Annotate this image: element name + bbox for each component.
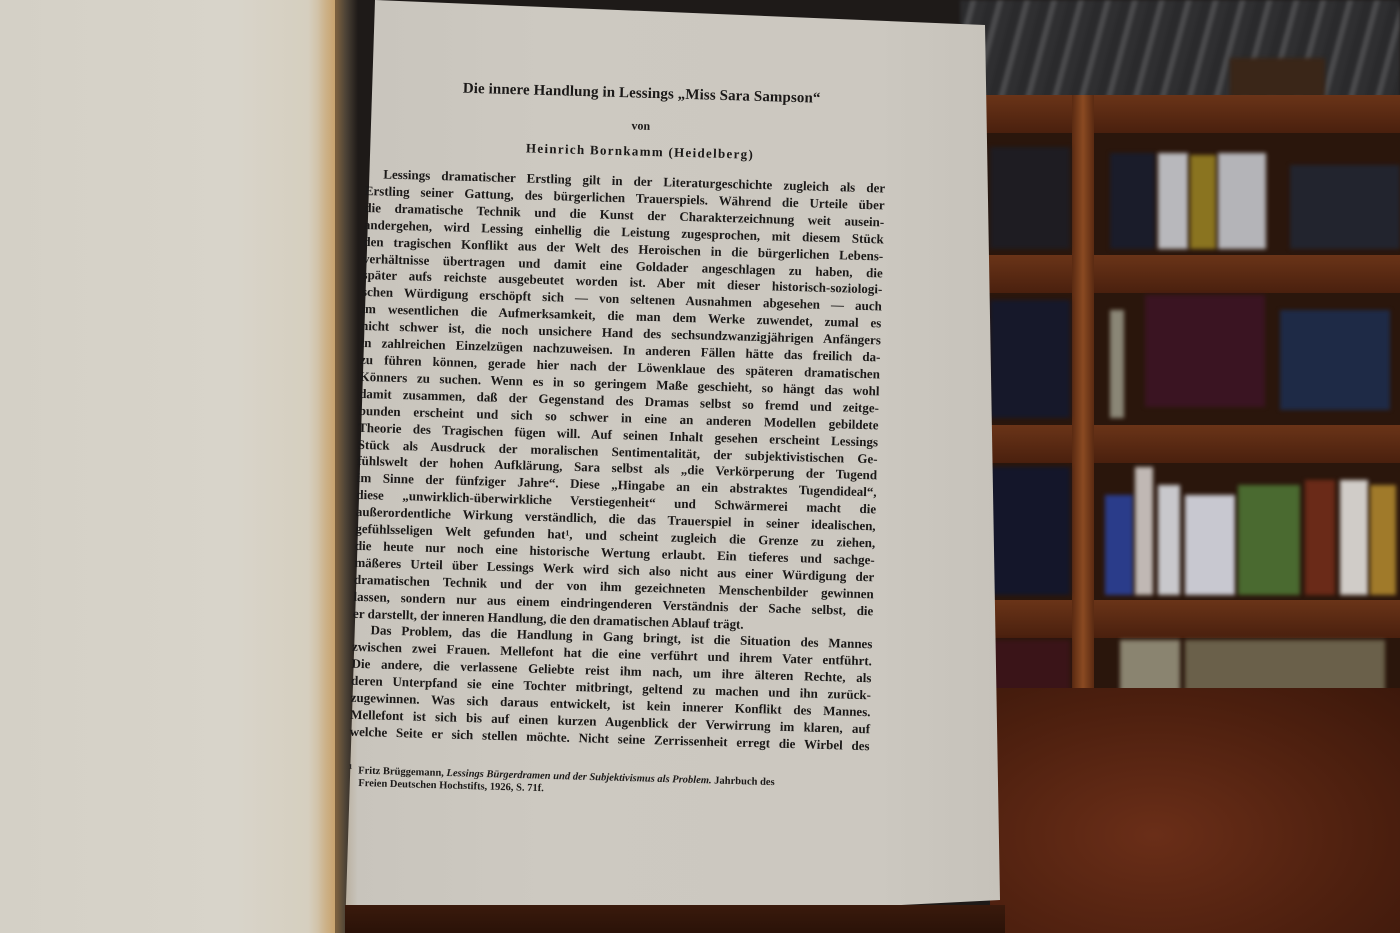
book-spine: [990, 300, 1070, 418]
footnote-text: als: [657, 774, 670, 785]
book-spine: [1120, 640, 1180, 695]
footnote-text: und der: [553, 771, 587, 783]
book-spine: [1218, 153, 1266, 249]
footnote-text: Subjektivismus: [589, 772, 655, 785]
book-spine: [1158, 485, 1180, 595]
article-author: Heinrich Bornkamm (Heidelberg): [394, 137, 886, 167]
book-spine: [1110, 153, 1155, 249]
book-spine: [1280, 310, 1390, 410]
book-gutter: [318, 0, 358, 933]
book-spine: [1370, 485, 1396, 595]
shelf-board: [960, 425, 1400, 463]
shelf-board: [960, 255, 1400, 293]
box-on-shelf: [1230, 58, 1325, 98]
shelf-post: [1072, 95, 1094, 695]
bookshelf: [960, 95, 1400, 695]
page-bottom-shadow: [345, 905, 1005, 933]
article-text-block: Die innere Handlung in Lessings „Miss Sa…: [348, 78, 888, 805]
wooden-table: [990, 688, 1400, 933]
shelf-board: [960, 95, 1400, 133]
book-spine: [1305, 480, 1335, 595]
book-spine: [1185, 495, 1235, 595]
footnote-journal: Jahrbuch des: [714, 775, 775, 788]
book-spine: [1340, 480, 1368, 595]
paragraph-2: Das Problem, das die Handlung in Gang br…: [349, 622, 872, 755]
book-spine: [990, 640, 1070, 695]
book-spine: [1110, 310, 1124, 418]
book-spine: [1290, 165, 1400, 249]
book-spine: [1158, 153, 1188, 249]
book-spine: [990, 467, 1070, 595]
footnote-marker: 1: [349, 763, 353, 771]
left-page-blank: [0, 0, 335, 933]
book-spine: [1145, 295, 1265, 407]
book-spine: [1135, 467, 1153, 595]
book-spine: [1185, 640, 1385, 695]
book-spine: [1105, 495, 1133, 595]
shelf-board: [960, 600, 1400, 638]
book-spine: [990, 147, 1070, 249]
paragraph-1: Lessings dramatischer Erstling gilt in d…: [353, 166, 886, 637]
footnote-text: Problem.: [672, 774, 712, 786]
book-spine: [1190, 155, 1216, 249]
book-spine: [1238, 485, 1300, 595]
byline-von: von: [395, 112, 887, 141]
ceiling-background: [960, 0, 1400, 110]
